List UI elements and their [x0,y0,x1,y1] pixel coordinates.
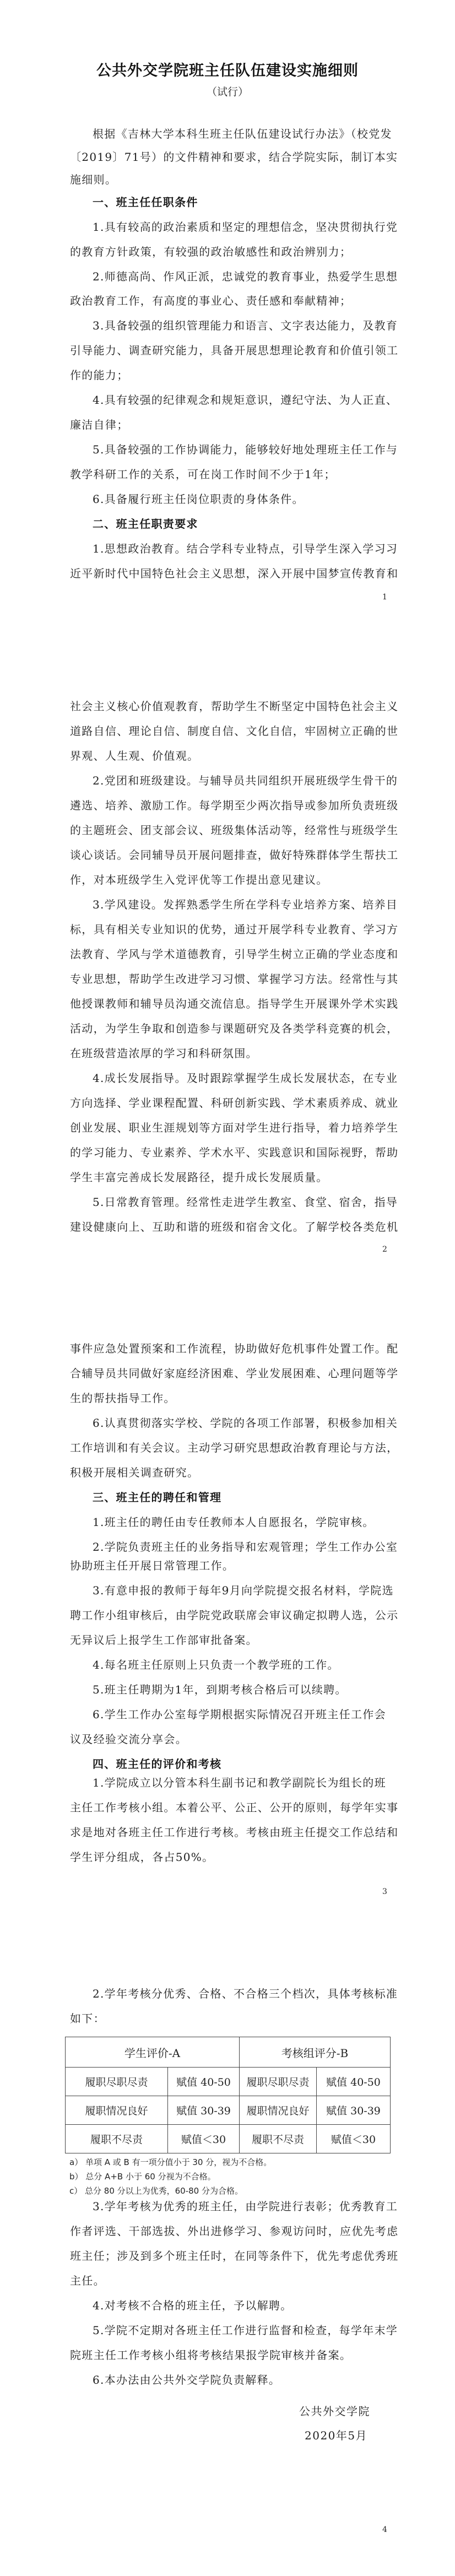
table-cell: 履职尽职尽责 [66,2068,168,2096]
paragraph-line: 方向选择、学业课程配置、科研创新实践、学术素质养成、就业 [70,1096,398,1110]
paragraph-line: 4.对考核不合格的班主任，予以解聘。 [93,2299,292,2312]
paragraph-line: 院班主任工作考核小组将考核结果报学院审核并备案。 [70,2348,351,2362]
paragraph-line: 作，对本班级学生入党评优等工作提出意见建议。 [70,873,328,886]
paragraph-line: 3.有意申报的教师于每年9月向学院提交报名材料，学院选 [93,1584,394,1597]
paragraph-line: 近平新时代中国特色社会主义思想，深入开展中国梦宣传教育和 [70,567,398,580]
paragraph-line: 教学科研工作的关系，可在岗工作时间不少于1年； [70,468,336,481]
signature-date: 2020年5月 [305,2427,367,2443]
paragraph-line: 的主题班会、团支部会议、班级集体活动等，经常性与班级学生 [70,824,398,837]
paragraph-line: 标，具有相关专业知识的优势，通过开展学科专业教育、学习方 [70,923,398,936]
header-committee-score: 考核组评分-B [240,2037,391,2068]
paragraph-line: 在班级营造浓厚的学习和科研氛围。 [70,1047,258,1060]
paragraph-line: 活动，为学生争取和创造参与课题研究及各类学科竞赛的机会， [70,1022,398,1035]
header-student-evaluation: 学生评价-A [66,2037,240,2068]
signature-organization: 公共外交学院 [299,2402,370,2418]
paragraph-line: 协助班主任开展日常管理工作。 [70,1559,234,1572]
paragraph-line: 〔2019〕71号）的文件精神和要求，结合学院实际，制订本实 [70,150,398,164]
paragraph-line: 5.学院不定期对各班主任工作进行监督和检查，每学年末学 [93,2324,398,2337]
table-cell: 赋值 30-39 [168,2096,240,2125]
table-row: 履职不尽责 赋值＜30 履职不尽责 赋值＜30 [66,2125,391,2153]
paragraph-line: 积极开展相关调查研究。 [70,1466,199,1479]
paragraph-line: 作者评选、干部选拔、外出进修学习、参观访问时，应优先考虑 [70,2225,398,2238]
paragraph-line: 如下： [70,2012,105,2025]
paragraph-line: 1.思想政治教育。结合学科专业特点，引导学生深入学习习 [93,542,398,555]
paragraph-line: 施细则。 [70,173,117,186]
paragraph-line: 的教育方针政策，有较强的政治敏感性和政治辨别力； [70,245,351,258]
table-row: 履职尽职尽责 赋值 40-50 履职尽职尽责 赋值 40-50 [66,2068,391,2096]
table-cell: 履职不尽责 [66,2125,168,2153]
paragraph-line: 1.具有较高的政治素质和坚定的理想信念，坚决贯彻执行党 [93,220,398,234]
paragraph-line: 根据《吉林大学本科生班主任队伍建设试行办法》（校党发 [93,127,392,140]
paragraph-line: 界观、人生观、价值观。 [70,749,199,762]
paragraph-line: 6.本办法由公共外交学院负责解释。 [93,2373,280,2386]
paragraph-line: 建设健康向上、互助和谐的班级和宿舍文化。了解学校各类危机 [70,1220,398,1233]
paragraph-line: 1.学院成立以分管本科生副书记和教学副院长为组长的班 [93,1776,386,1789]
paragraph-line: 合辅导员共同做好家庭经济困难、学业发展困难、心理问题等学 [70,1367,398,1380]
table-cell: 履职尽职尽责 [240,2068,317,2096]
paragraph-line: 工作培训和有关会议。主动学习研究思想政治教育理论与方法， [70,1441,398,1454]
paragraph-line: 法教育、学风与学术道德教育，引导学生树立正确的学业态度和 [70,948,398,961]
section-heading: 二、班主任职责要求 [93,517,198,531]
paragraph-line: 3.学风建设。发挥熟悉学生所在学科专业培养方案、培养目 [93,898,398,911]
paragraph-line: 班主任；涉及到多个班主任时，在同等条件下，优先考虑优秀班 [70,2249,398,2263]
paragraph-line: 的学习能力、专业素养、学术水平、实践意识和国际视野，帮助 [70,1146,398,1159]
paragraph-line: 1.班主任的聘任由专任教师本人自愿报名，学院审核。 [93,1516,375,1529]
document-subtitle: （试行） [0,84,455,99]
table-cell: 履职不尽责 [240,2125,317,2153]
table-cell: 履职情况良好 [66,2096,168,2125]
paragraph-line: 他授课教师和辅导员沟通交流信息。指导学生开展课外学术实践 [70,997,398,1010]
paragraph-line: 4.每名班主任原则上只负责一个教学班的工作。 [93,1658,339,1671]
table-cell: 赋值 30-39 [317,2096,391,2125]
table-cell: 赋值＜30 [317,2125,391,2153]
paragraph-line: 廉洁自律； [70,418,129,431]
paragraph-line: 5.日常教育管理。经常性走进学生教室、食堂、宿舍，指导 [93,1195,398,1209]
paragraph-line: 5.班主任聘期为1年，到期考核合格后可以续聘。 [93,1683,347,1696]
section-heading: 三、班主任的聘任和管理 [93,1491,221,1504]
paragraph-line: 2.师德高尚、作风正派，忠诚党的教育事业，热爱学生思想 [93,270,398,283]
paragraph-line: 聘工作小组审核后，由学院党政联席会审议确定拟聘人选，公示 [70,1609,398,1622]
table-note-c: c） 总分 80 分以上为优秀，60-80 分为合格。 [69,2185,243,2196]
paragraph-line: 6.学生工作办公室每学期根据实际情况召开班主任工作会 [93,1708,386,1721]
paragraph-line: 5.具备较强的工作协调能力，能够较好地处理班主任工作与 [93,443,398,456]
section-heading: 一、班主任任职条件 [93,196,198,209]
page-number: 3 [382,1887,387,1896]
paragraph-line: 社会主义核心价值观教育，帮助学生不断坚定中国特色社会主义 [70,700,398,713]
paragraph-line: 3.具备较强的组织管理能力和语言、文字表达能力，及教育 [93,319,398,332]
paragraph-line: 4.具有较强的纪律观念和规矩意识，遵纪守法、为人正直、 [93,393,398,407]
paragraph-line: 学生评分组成，各占50%。 [70,1850,214,1864]
paragraph-line: 主任工作考核小组。本着公平、公正、公开的原则，每学年实事 [70,1801,398,1814]
grading-table: 学生评价-A 考核组评分-B 履职尽职尽责 赋值 40-50 履职尽职尽责 赋值… [65,2037,391,2153]
paragraph-line: 2.学院负责班主任的业务指导和宏观管理；学生工作办公室 [93,1540,398,1554]
section-heading: 四、班主任的评价和考核 [93,1757,221,1771]
paragraph-line: 创业发展、职业生涯规划等方面对学生进行指导，着力培养学生 [70,1121,398,1134]
paragraph-line: 无异议后上报学生工作部审批备案。 [70,1633,258,1647]
page-number: 1 [382,593,387,602]
table-cell: 履职情况良好 [240,2096,317,2125]
paragraph-line: 道路自信、理论自信、制度自信、文化自信，牢固树立正确的世 [70,724,398,738]
page-number: 4 [382,2525,387,2534]
table-note-a: a） 单项 A 或 B 有一项分值小于 30 分，视为不合格。 [69,2156,272,2168]
paragraph-line: 谈心谈话。会同辅导员开展问题排查，做好特殊群体学生帮扶工 [70,848,398,862]
paragraph-line: 政治教育工作，有高度的事业心、责任感和奉献精神； [70,294,351,307]
paragraph-line: 4.成长发展指导。及时跟踪掌握学生成长发展状态，在专业 [93,1071,398,1085]
paragraph-line: 2.学年考核分优秀、合格、不合格三个档次，具体考核标准 [93,1987,398,2000]
page-number: 2 [382,1245,387,1254]
table-note-b: b） 总分 A+B 小于 60 分视为不合格。 [69,2171,216,2182]
table-row: 履职情况良好 赋值 30-39 履职情况良好 赋值 30-39 [66,2096,391,2125]
paragraph-line: 主任。 [70,2274,105,2287]
paragraph-line: 议及经验交流分享会。 [70,1733,187,1746]
table-header-row: 学生评价-A 考核组评分-B [66,2037,391,2068]
document-title: 公共外交学院班主任队伍建设实施细则 [0,58,455,80]
paragraph-line: 遴选、培养、激励工作。每学期至少两次指导或参加所负责班级 [70,799,398,812]
paragraph-line: 6.认真贯彻落实学校、学院的各项工作部署，积极参加相关 [93,1416,398,1430]
paragraph-line: 专业思想，帮助学生改进学习习惯、掌握学习方法。经常性与其 [70,972,398,986]
paragraph-line: 生的帮扶指导工作。 [70,1392,176,1405]
paragraph-line: 6.具备履行班主任岗位职责的身体条件。 [93,493,304,506]
paragraph-line: 作的能力； [70,369,129,382]
paragraph-line: 3.学年考核为优秀的班主任，由学院进行表彰；优秀教育工 [93,2200,398,2213]
paragraph-line: 2.党团和班级建设。与辅导员共同组织开展班级学生骨干的 [93,774,398,787]
paragraph-line: 引导能力、调查研究能力，具备开展思想理论教育和价值引领工 [70,344,398,357]
paragraph-line: 求是地对各班主任工作进行考核。考核由班主任提交工作总结和 [70,1826,398,1839]
table-cell: 赋值 40-50 [317,2068,391,2096]
table-cell: 赋值＜30 [168,2125,240,2153]
paragraph-line: 事件应急处置预案和工作流程，协助做好危机事件处置工作。配 [70,1342,398,1355]
table-cell: 赋值 40-50 [168,2068,240,2096]
paragraph-line: 学生丰富完善成长发展路径，提升成长发展质量。 [70,1171,328,1184]
